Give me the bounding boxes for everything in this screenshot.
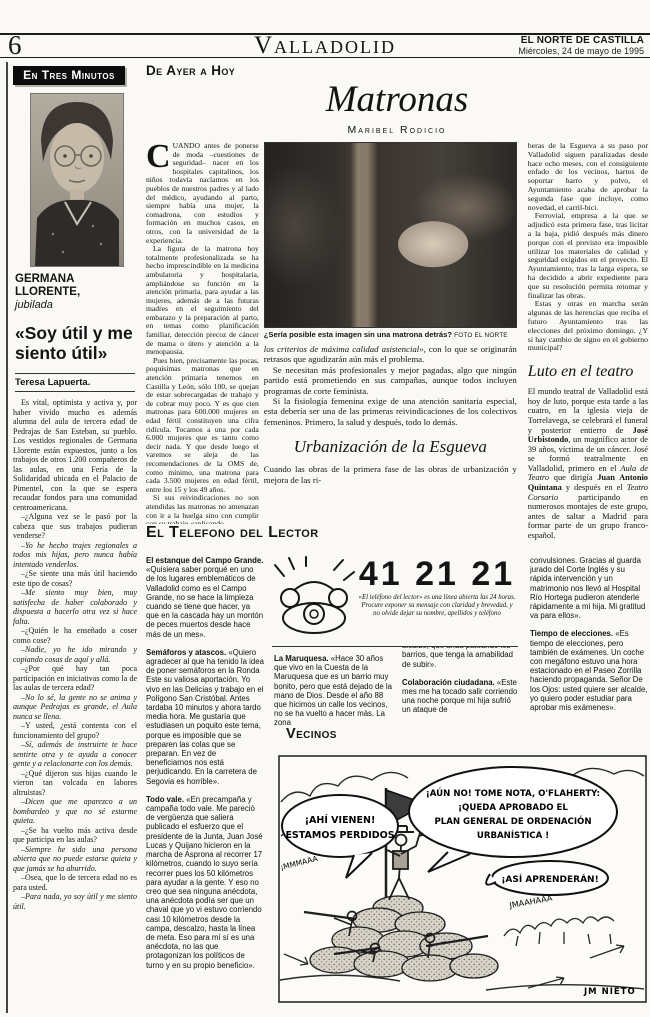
paragraph: –Dicen que me aparezco a un bombardeo y … [13,797,137,826]
paragraph: Pues bien, precisamente las pocas, poquí… [146,357,259,495]
esgueva-continuation: beras de la Esgueva a su paso por Vallad… [528,142,648,353]
portrait-photo [30,93,124,267]
article-title: Matronas [146,78,648,121]
photo-caption-text: ¿Sería posible esta imagen sin una matro… [264,330,452,339]
paragraph: Estas y otras en marcha serán algunas de… [528,300,648,353]
paragraph: El estanque del Campo Grande. «Quisiera … [146,556,264,639]
vecinos-comic: ¡AHÍ VIENEN! ESTAMOS PERDIDOS ¡AÚN NO! T… [278,748,648,1015]
comic-drawing: ¡AHÍ VIENEN! ESTAMOS PERDIDOS ¡AÚN NO! T… [278,748,648,1010]
telefono-section-title: El Telefono del Lector [146,524,319,542]
paragraph: beras de la Esgueva a su paso por Vallad… [528,142,648,212]
photo-caption: ¿Sería posible esta imagen sin una matro… [264,330,517,339]
person-role: jubilada [15,299,137,311]
paragraph: Todo vale. «En precampaña y campaña todo… [146,795,264,970]
article-kicker: De Ayer a Hoy [146,63,235,78]
vecinos-section-title: Vecinos [286,726,343,742]
paragraph: –Y usted, ¿está contenta con el funciona… [13,721,137,740]
paragraph: los criterios de máxima calidad asistenc… [264,344,517,365]
paragraph: La figura de la matrona hoy totalmente p… [146,245,259,357]
paragraph: –Nadie, yo he ido mirando y copiando cos… [13,645,137,664]
paragraph: La Maruquesa. «Hace 30 años que vivo en … [274,654,392,728]
left-page-rule [6,62,8,1013]
cartoonist-signature: JM NIETO [583,987,636,997]
bubble2-line2: ¡QUEDA APROBADO EL [458,803,568,813]
paragraph: –No lo sé, la gente no se anima y aunque… [13,693,137,722]
paragraph: –Osea, que lo de tercera edad no es para… [13,873,137,892]
pull-quote: «Soy útil y me siento útil» [15,323,137,363]
paragraph: –Para nada, yo soy útil y me siento útil… [13,892,137,911]
paragraph: Si sus reivindicaciones no son atendidas… [146,494,259,524]
newspaper-page: 6 Valladolid EL NORTE DE CASTILLA Miérco… [0,0,650,1017]
interview-text: Es vital, optimista y activa y, por habe… [13,398,137,988]
bubble1-line2: ESTAMOS PERDIDOS [285,830,394,841]
article-column-1: CUANDO antes de ponerse de moda –cuestio… [146,142,259,524]
paragraph: Ferrovial, empresa a la que se adjudicó … [528,212,648,300]
paragraph: Tiempo de elecciones. «Es tiempo de elec… [530,629,648,712]
phone-number-block: 41 21 21 «El teléfono del lector» es una… [356,556,518,646]
person-name: GERMANA LLORENTE, [15,273,137,299]
photo-credit: FOTO EL NORTE [454,332,508,339]
paragraph: –¿Se ha vuelto más activa desde que part… [13,826,137,845]
luto-text: El mundo teatral de Valladolid está hoy … [528,387,648,541]
paragraph: Colaboración ciudadana. «Este mes me ha … [402,678,520,715]
bubble2-line4: URBANÍSTICA ! [477,829,549,841]
bubble2-line1: ¡AÚN NO! TOME NOTA, O'FLAHERTY: [426,787,600,799]
article-column-3: beras de la Esgueva a su paso por Vallad… [528,142,648,580]
subhead-esgueva: Urbanización de la Esgueva [264,437,517,457]
paragraph: Se necesitan más profesionales y mejor p… [264,365,517,396]
article-byline: Maribel Rodicio [146,124,648,136]
masthead-date: Miércoles, 24 de mayo de 1995 [518,46,644,57]
bubble1-line1: ¡AHÍ VIENEN! [305,814,376,826]
bubble3-text: ¡ASÍ APRENDERÁN! [501,873,598,885]
paragraph: –¿Qué dijeron sus hijas cuando le vieron… [13,769,137,798]
article-column-2: ¿Sería posible esta imagen sin una matro… [264,142,517,582]
paragraph: –¿Se siente una más útil haciendo este t… [13,569,137,588]
paragraph: Cuando las obras de la primera fase de l… [264,464,517,485]
phone-banner: 41 21 21 «El teléfono del lector» es una… [272,556,518,647]
paragraph: –Me siento muy bien, muy satisfecha de h… [13,588,137,626]
bubble2-line3: PLAN GENERAL DE ORDENACIÓN [434,815,591,827]
luto-title: Luto en el teatro [528,363,648,381]
sidebar-kicker: En Tres Minutos [13,66,125,85]
telephone-icon [272,556,356,642]
sidebar-en-tres-minutos: En Tres Minutos GERMANA LLORENTE, [13,66,137,988]
paragraph: Si la fisiología femenina exige de una a… [264,396,517,427]
paragraph: –¿Alguna vez se le pasó por la cabeza qu… [13,512,137,541]
paragraph: Semáforos y atascos. «Quiero agradecer a… [146,648,264,786]
paragraph: –Siempre he sido una persona abierta que… [13,845,137,874]
paragraph: –Yo he hecho trajes regionales a todos m… [13,541,137,570]
paragraph: –¿Por qué hay tan poca participación en … [13,664,137,693]
masthead-name: EL NORTE DE CASTILLA [518,35,644,46]
sidebar-byline: Teresa Lapuerta. [15,373,135,392]
paragraph: –Sí, además de instruirte te hace sentir… [13,740,137,769]
article-column-2-text-b: Cuando las obras de la primera fase de l… [264,464,517,485]
paragraph: –¿Quién le ha enseñado a coser como cose… [13,626,137,645]
paragraph: Es vital, optimista y activa y, por habe… [13,398,137,512]
birth-scene-photo [264,142,517,328]
masthead: EL NORTE DE CASTILLA Miércoles, 24 de ma… [518,35,644,57]
phone-number: 41 21 21 [356,556,518,592]
article-body: CUANDO antes de ponerse de moda –cuestio… [146,142,648,582]
telefono-column-1: El estanque del Campo Grande. «Quisiera … [146,556,264,1012]
paragraph: El mundo teatral de Valladolid está hoy … [528,387,648,541]
paragraph: CUANDO antes de ponerse de moda –cuestio… [146,142,259,245]
article-column-2-text: los criterios de máxima calidad asistenc… [264,344,517,427]
paragraph: convulsiones. Gracias al guarda jurado d… [530,556,648,620]
phone-note: «El teléfono del lector» es una línea ab… [356,594,518,619]
header-rule-bottom [0,57,650,58]
